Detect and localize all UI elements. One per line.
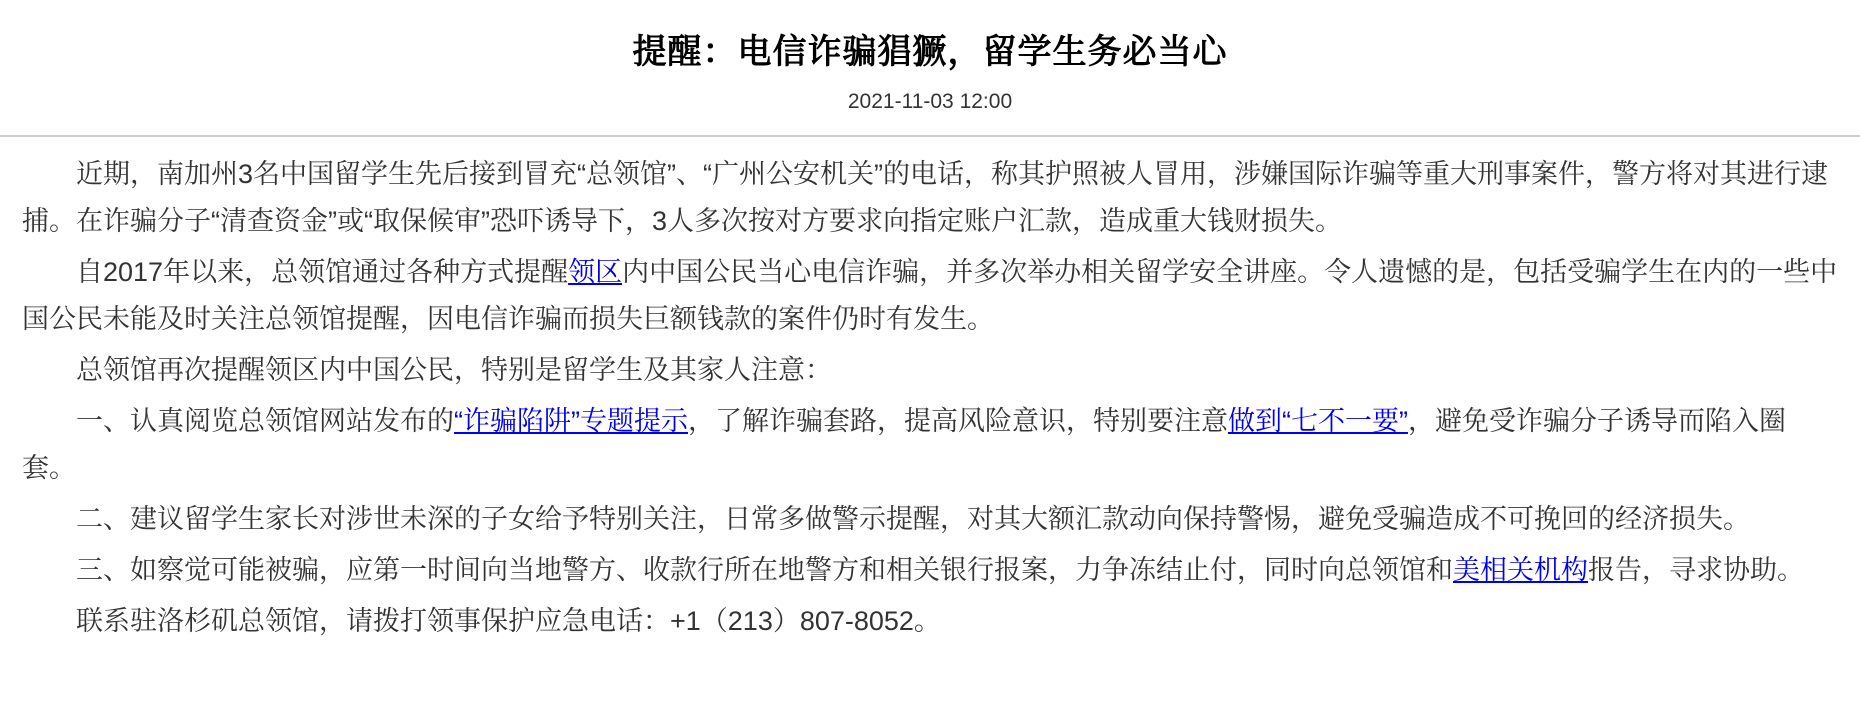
- article-title: 提醒：电信诈骗猖獗，留学生务必当心: [0, 33, 1860, 73]
- article-page: 提醒：电信诈骗猖獗，留学生务必当心 2021-11-03 12:00 近期，南加…: [0, 0, 1860, 722]
- link-fraud-traps-notice[interactable]: “诈骗陷阱”专题提示: [454, 406, 688, 436]
- paragraph-item-two: 二、建议留学生家长对涉世未深的子女给予特别关注，日常多做警示提醒，对其大额汇款动…: [22, 496, 1838, 543]
- text-segment: 总领馆再次提醒领区内中国公民，特别是留学生及其家人注意：: [76, 355, 832, 385]
- text-segment: ，了解诈骗套路，提高风险意识，特别要注意: [688, 406, 1228, 436]
- paragraph-intro-case: 近期，南加州3名中国留学生先后接到冒充“总领馆”、“广州公安机关”的电话，称其护…: [22, 151, 1838, 245]
- text-segment: 报告，寻求协助。: [1588, 555, 1804, 585]
- text-segment: 一、认真阅览总领馆网站发布的: [76, 406, 454, 436]
- text-segment: 二、建议留学生家长对涉世未深的子女给予特别关注，日常多做警示提醒，对其大额汇款动…: [76, 504, 1750, 534]
- link-consular-district[interactable]: 领区: [568, 257, 622, 287]
- link-us-agencies[interactable]: 美相关机构: [1453, 555, 1588, 585]
- text-segment: 联系驻洛杉矶总领馆，请拨打领事保护应急电话：+1（213）807-8052。: [76, 606, 941, 636]
- text-segment: 三、如察觉可能被骗，应第一时间向当地警方、收款行所在地警方和相关银行报案，力争冻…: [76, 555, 1453, 585]
- paragraph-reminder-lead: 总领馆再次提醒领区内中国公民，特别是留学生及其家人注意：: [22, 347, 1838, 394]
- link-seven-nos-one-must[interactable]: 做到“七不一要”: [1228, 406, 1408, 436]
- text-segment: 近期，南加州3名中国留学生先后接到冒充“总领馆”、“广州公安机关”的电话，称其护…: [22, 159, 1828, 236]
- paragraph-since-2017: 自2017年以来，总领馆通过各种方式提醒领区内中国公民当心电信诈骗，并多次举办相…: [22, 249, 1838, 343]
- article-body: 近期，南加州3名中国留学生先后接到冒充“总领馆”、“广州公安机关”的电话，称其护…: [0, 137, 1860, 645]
- paragraph-item-three: 三、如察觉可能被骗，应第一时间向当地警方、收款行所在地警方和相关银行报案，力争冻…: [22, 547, 1838, 594]
- text-segment: 自2017年以来，总领馆通过各种方式提醒: [76, 257, 568, 287]
- article-header: 提醒：电信诈骗猖獗，留学生务必当心 2021-11-03 12:00: [0, 0, 1860, 114]
- paragraph-contact: 联系驻洛杉矶总领馆，请拨打领事保护应急电话：+1（213）807-8052。: [22, 598, 1838, 645]
- paragraph-item-one: 一、认真阅览总领馆网站发布的“诈骗陷阱”专题提示，了解诈骗套路，提高风险意识，特…: [22, 398, 1838, 492]
- article-date: 2021-11-03 12:00: [0, 90, 1860, 114]
